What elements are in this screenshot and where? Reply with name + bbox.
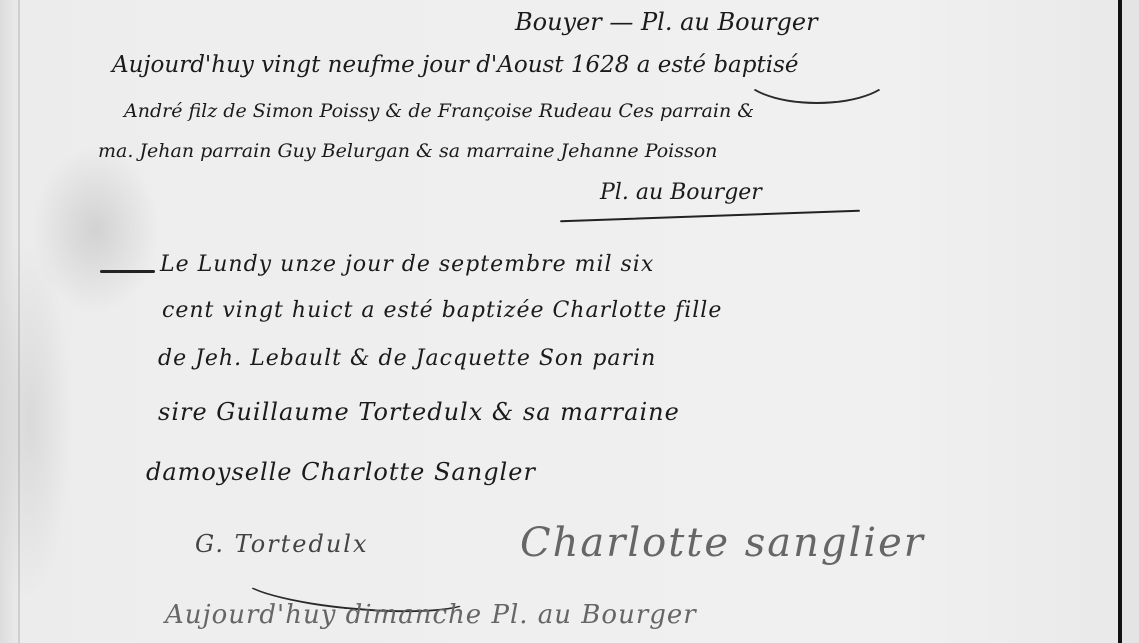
entry1-signature: Pl. au Bourger	[600, 180, 762, 205]
entry1-line-2: André filz de Simon Poissy & de François…	[124, 100, 754, 122]
signature-charlotte-sanglier: Charlotte sanglier	[520, 520, 925, 566]
entry1-line-3: ma. Jehan parrain Guy Belurgan & sa marr…	[98, 140, 717, 162]
entry2-line-2: cent vingt huict a esté baptizée Charlot…	[162, 298, 722, 323]
entry1-line-1: Aujourd'huy vingt neufme jour d'Aoust 16…	[112, 52, 799, 78]
entry2-line-5: damoyselle Charlotte Sangler	[146, 458, 536, 486]
flourish	[740, 40, 894, 104]
page-fold	[18, 0, 20, 643]
entry2-line-1: Le Lundy unze jour de septembre mil six	[160, 252, 654, 277]
entry3-line-1: Aujourd'huy dimanche Pl. au Bourger	[165, 600, 697, 630]
register-page: Bouyer — Pl. au Bourger Aujourd'huy ving…	[0, 0, 1139, 643]
entry2-line-4: sire Guillaume Tortedulx & sa marraine	[158, 398, 680, 426]
margin-dash	[100, 270, 155, 273]
entry1-header-signature: Bouyer — Pl. au Bourger	[515, 8, 818, 36]
signature-tortedulx: G. Tortedulx	[195, 530, 369, 558]
flourish-stroke	[560, 210, 860, 222]
facing-page-margin	[1122, 0, 1139, 643]
entry2-line-3: de Jeh. Lebault & de Jacquette Son parin	[158, 346, 656, 371]
